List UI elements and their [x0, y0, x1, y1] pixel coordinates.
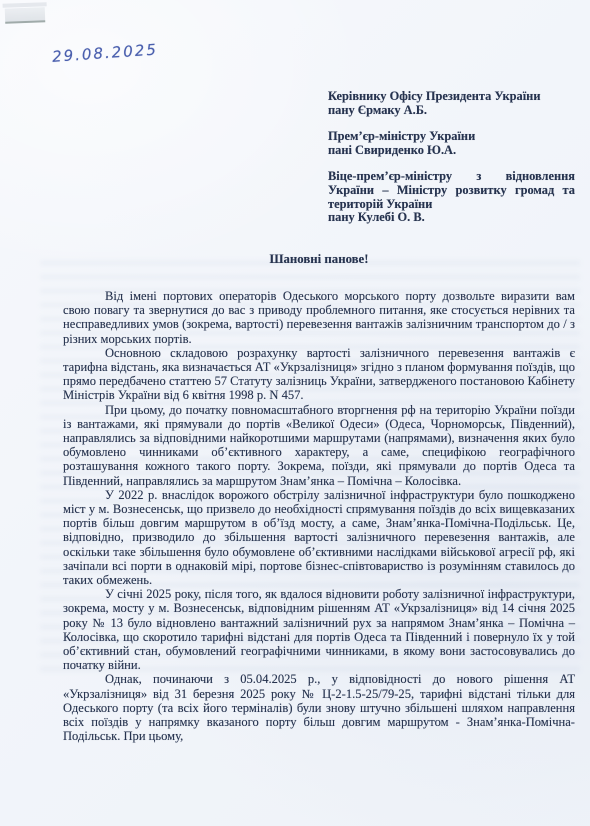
recipient-name: пану Кулебі О. В. [328, 211, 575, 225]
recipient-block: Керівнику Офісу Президента України пану … [328, 90, 575, 238]
scan-corner-artifact [5, 7, 45, 23]
paragraph-2022-bridge-damage: У 2022 р. внаслідок ворожого обстрілу за… [63, 488, 575, 587]
letter-page: 29.08.2025 Керівнику Офісу Президента Ук… [0, 0, 590, 826]
recipient-prime-minister: Прем’єр-міністру України пані Свириденко… [328, 130, 575, 157]
recipient-title: Віце-прем’єр-міністру з відновлення Укра… [328, 170, 575, 211]
paragraph-april-2025-decision: Однак, починаючи з 05.04.2025 р., у відп… [63, 672, 575, 743]
paragraph-intro: Від імені портових операторів Одеського … [63, 289, 575, 346]
salutation: Шановні панове! [63, 252, 575, 267]
paragraph-tariff-distance: Основною складовою розрахунку вартості з… [63, 346, 575, 403]
recipient-name: пану Єрмаку А.Б. [328, 104, 575, 118]
recipient-name: пані Свириденко Ю.А. [328, 144, 575, 158]
letter-body: Від імені портових операторів Одеського … [63, 289, 575, 744]
paragraph-january-2025-restoration: У січні 2025 року, після того, як вдалос… [63, 587, 575, 672]
recipient-title: Прем’єр-міністру України [328, 130, 575, 144]
paragraph-prewar-routes: При цьому, до початку повномасштабного в… [63, 403, 575, 488]
recipient-vice-prime-minister: Віце-прем’єр-міністру з відновлення Укра… [328, 170, 575, 224]
recipient-title: Керівнику Офісу Президента України [328, 90, 575, 104]
recipient-head-of-presidential-office: Керівнику Офісу Президента України пану … [328, 90, 575, 117]
handwritten-date: 29.08.2025 [52, 40, 163, 66]
